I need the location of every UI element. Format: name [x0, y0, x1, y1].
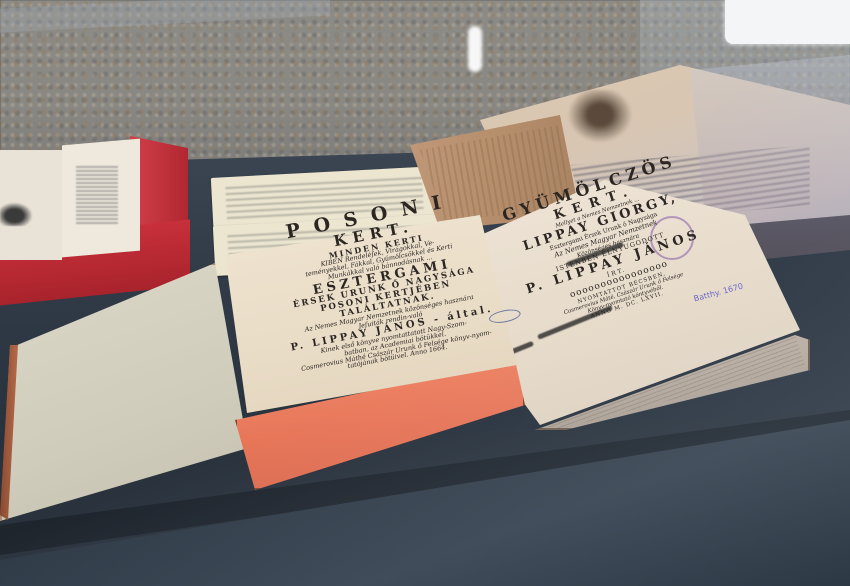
window-glare — [725, 0, 850, 44]
open-front-cover — [0, 263, 250, 523]
museum-display-photo: GYÜMÖLCZÖS KERT. Mellyet a Nemes Nemzetn… — [0, 0, 850, 586]
tree-illustration — [565, 90, 635, 145]
posoni-kert-book: POSONI KERT. MINDEN KERTI KIBEN Rendeléſ… — [0, 215, 525, 525]
